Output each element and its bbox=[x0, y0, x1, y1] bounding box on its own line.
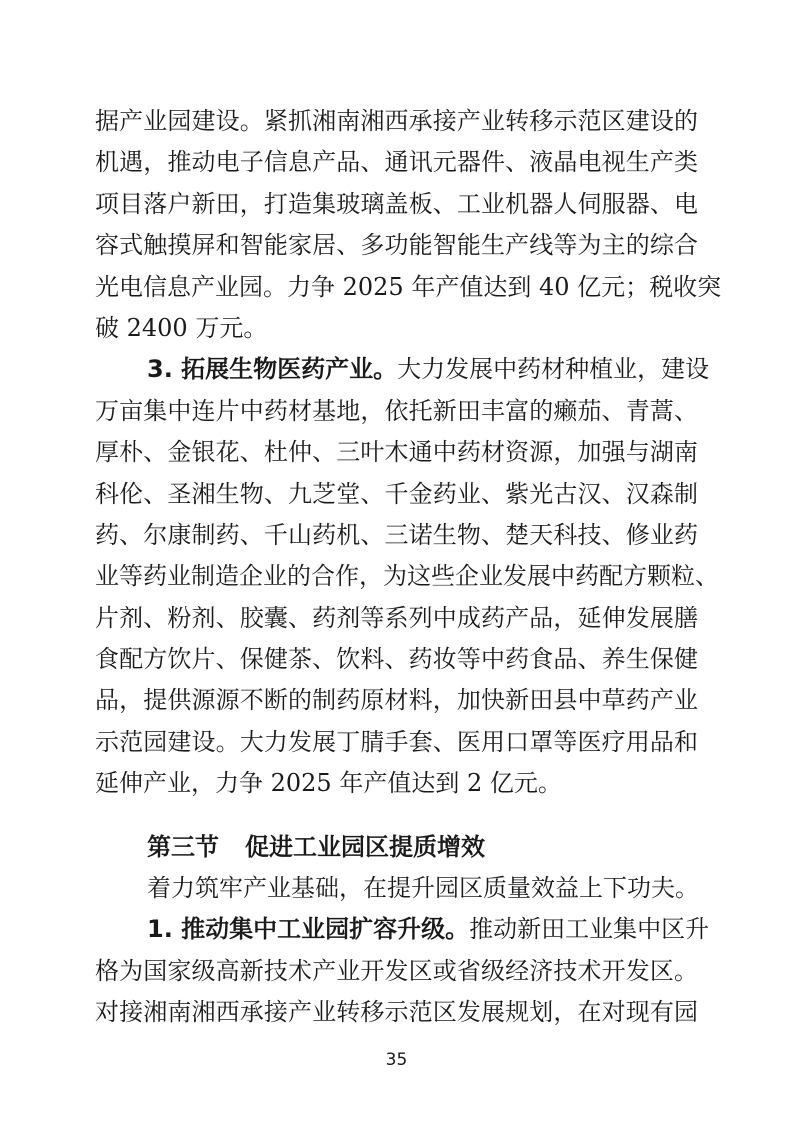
text-line: 食配方饮片、保健茶、饮料、药妆等中药食品、养生保健 bbox=[95, 639, 698, 680]
text-line: 机遇，推动电子信息产品、通讯元器件、液晶电视生产类 bbox=[95, 142, 698, 183]
section-heading: 第三节促进工业园区提质增效 bbox=[95, 827, 698, 868]
text-line: 项目落户新田，打造集玻璃盖板、工业机器人伺服器、电 bbox=[95, 184, 698, 225]
paragraph-optoelectronic-park: 据产业园建设。紧抓湘南湘西承接产业转移示范区建设的 机遇，推动电子信息产品、通讯… bbox=[95, 101, 698, 349]
text-line: 药、尔康制药、千山药机、三诺生物、楚天科技、修业药 bbox=[95, 515, 698, 556]
paragraph-park-upgrade: 1. 推动集中工业园扩容升级。推动新田工业集中区升 格为国家级高新技术产业开发区… bbox=[95, 909, 698, 1033]
text-line: 据产业园建设。紧抓湘南湘西承接产业转移示范区建设的 bbox=[95, 101, 698, 142]
text-line: 延伸产业，力争 2025 年产值达到 2 亿元。 bbox=[95, 763, 698, 804]
paragraph-biomedicine: 3. 拓展生物医药产业。大力发展中药材种植业，建设 万亩集中连片中药材基地，依托… bbox=[95, 349, 698, 804]
text-line: 破 2400 万元。 bbox=[95, 308, 698, 349]
text-line: 厚朴、金银花、杜仲、三叶木通中药材资源，加强与湖南 bbox=[95, 432, 698, 473]
section-spacer bbox=[95, 805, 698, 827]
text-line: 对接湘南湘西承接产业转移示范区发展规划，在对现有园 bbox=[95, 992, 698, 1033]
text-line: 业等药业制造企业的合作，为这些企业发展中药配方颗粒、 bbox=[95, 556, 698, 597]
page-number: 35 bbox=[0, 1050, 793, 1070]
text-line: 格为国家级高新技术产业开发区或省级经济技术开发区。 bbox=[95, 951, 698, 992]
document-page: 据产业园建设。紧抓湘南湘西承接产业转移示范区建设的 机遇，推动电子信息产品、通讯… bbox=[95, 101, 698, 1034]
text-line: 光电信息产业园。力争 2025 年产值达到 40 亿元；税收突 bbox=[95, 267, 698, 308]
text-line: 示范园建设。大力发展丁腈手套、医用口罩等医疗用品和 bbox=[95, 722, 698, 763]
text-line: 1. 推动集中工业园扩容升级。推动新田工业集中区升 bbox=[95, 909, 698, 950]
text-line: 3. 拓展生物医药产业。大力发展中药材种植业，建设 bbox=[95, 349, 698, 390]
section-number: 第三节 bbox=[147, 833, 219, 861]
item-heading-biomedicine: 3. 拓展生物医药产业。 bbox=[147, 355, 397, 383]
text-line: 科伦、圣湘生物、九芝堂、千金药业、紫光古汉、汉森制 bbox=[95, 474, 698, 515]
section-title: 促进工业园区提质增效 bbox=[245, 833, 485, 861]
text-line: 容式触摸屏和智能家居、多功能智能生产线等为主的综合 bbox=[95, 225, 698, 266]
text-line: 品，提供源源不断的制药原材料，加快新田县中草药产业 bbox=[95, 680, 698, 721]
text-line: 着力筑牢产业基础，在提升园区质量效益上下功夫。 bbox=[95, 868, 698, 909]
text-line: 片剂、粉剂、胶囊、药剂等系列中成药产品，延伸发展膳 bbox=[95, 598, 698, 639]
text-line: 万亩集中连片中药材基地，依托新田丰富的癞茄、青蒿、 bbox=[95, 391, 698, 432]
text-run: 大力发展中药材种植业，建设 bbox=[397, 355, 709, 383]
paragraph-intro: 着力筑牢产业基础，在提升园区质量效益上下功夫。 bbox=[95, 868, 698, 909]
text-run: 推动新田工业集中区升 bbox=[469, 915, 709, 943]
item-heading-park-upgrade: 1. 推动集中工业园扩容升级。 bbox=[147, 915, 469, 943]
